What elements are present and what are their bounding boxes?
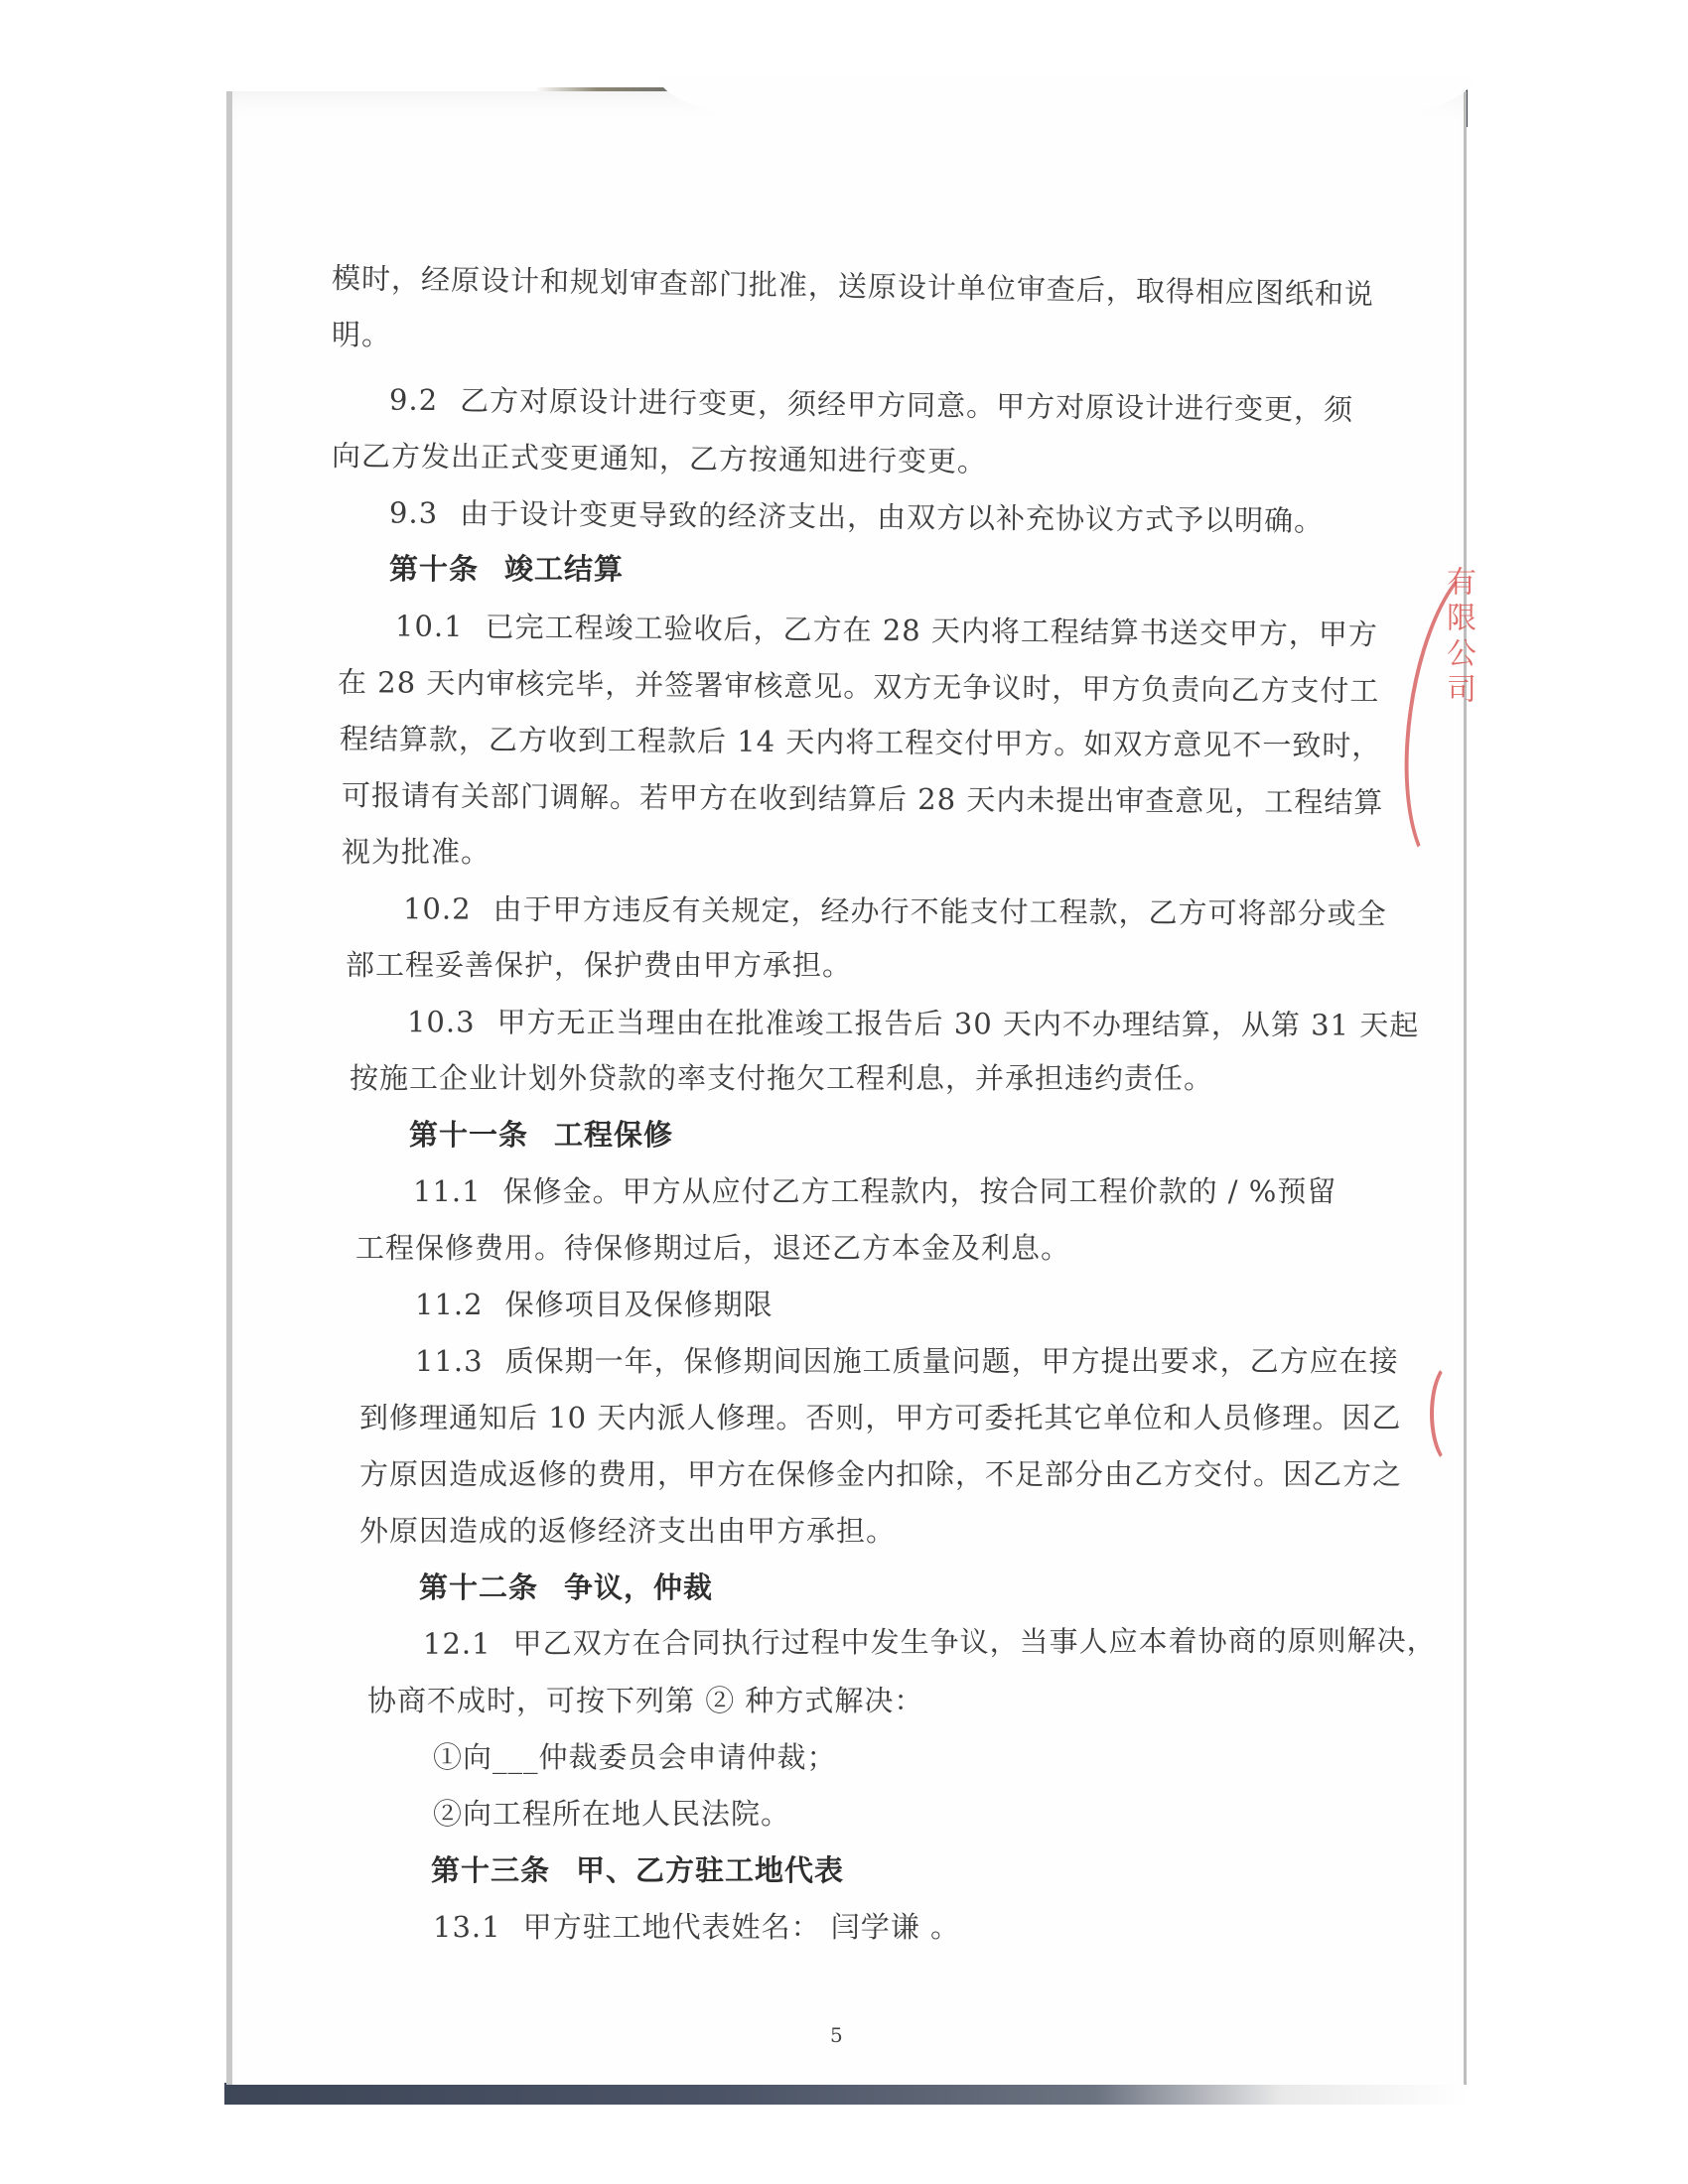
clause-number: 11.1 <box>413 1174 482 1208</box>
article-title: 工程保修 <box>554 1118 673 1152</box>
clause-12-1: 12.1甲乙双方在合同执行过程中发生争议，当事人应本着协商的原则解决， <box>365 1613 1285 1673</box>
article-10-heading: 第十条竣工结算 <box>332 541 1285 598</box>
text-line: 在 28 天内审核完毕，并签署审核意见。双方无争议时，甲方负责向乙方支付工 <box>338 654 1285 719</box>
clause-11-3: 11.3质保期一年，保修期间因施工质量问题，甲方提出要求，乙方应在接 <box>357 1333 1285 1390</box>
clause-number: 9.2 <box>389 383 438 418</box>
article-12-heading: 第十二条争议，仲裁 <box>361 1560 1285 1616</box>
article-title: 甲、乙方驻工地代表 <box>576 1853 844 1887</box>
text-line: 协商不成时，可按下列第 ② 种方式解决： <box>367 1673 1285 1729</box>
article-number: 第十三条 <box>431 1853 550 1887</box>
clause-11-1: 11.1保修金。甲方从应付乙方工程款内，按合同工程价款的 / %预留 <box>355 1163 1285 1220</box>
clause-text: 甲乙双方在合同执行过程中发生争议，当事人应本着协商的原则解决， <box>513 1623 1437 1660</box>
clause-11-2: 11.2保修项目及保修期限 <box>357 1277 1285 1333</box>
page-curl <box>659 77 1474 147</box>
clause-number: 10.3 <box>407 1005 476 1038</box>
clause-number: 13.1 <box>433 1910 501 1944</box>
seal-arc-lower <box>1430 1360 1477 1467</box>
clause-text: 甲方驻工地代表姓名： 闫学谦 。 <box>523 1910 960 1944</box>
clause-9-2: 9.2乙方对原设计进行变更，须经甲方同意。甲方对原设计进行变更，须 <box>332 371 1286 438</box>
text-line: 视为批准。 <box>342 824 1285 881</box>
clause-text: 乙方对原设计进行变更，须经甲方同意。甲方对原设计进行变更，须 <box>460 383 1353 426</box>
clause-text: 由于设计变更导致的经济支出，由双方以补充协议方式予以明确。 <box>460 496 1324 538</box>
dispute-option-1: ①向___仲裁委员会申请仲裁； <box>375 1729 1285 1786</box>
clause-9-3: 9.3由于设计变更导致的经济支出，由双方以补充协议方式予以明确。 <box>332 484 1285 549</box>
page-number: 5 <box>830 2023 843 2047</box>
clause-text: 由于甲方违反有关规定，经办行不能支付工程款，乙方可将部分或全 <box>492 892 1386 931</box>
clause-10-1: 10.1已完工程竣工验收后，乙方在 28 天内将工程结算书送交甲方，甲方 <box>338 598 1285 662</box>
clause-number: 11.2 <box>415 1288 484 1321</box>
clause-text: 保修项目及保修期限 <box>505 1288 774 1321</box>
article-11-heading: 第十一条工程保修 <box>352 1107 1285 1163</box>
text-line: 外原因造成的返修经济支出由甲方承担。 <box>359 1503 1285 1560</box>
clause-13-1: 13.1甲方驻工地代表姓名： 闫学谦 。 <box>375 1899 1285 1956</box>
clause-number: 12.1 <box>423 1627 492 1661</box>
page-content: 模时，经原设计和规划审查部门批准，送原设计单位审查后，取得相应图纸和说 明。 9… <box>332 250 1285 1956</box>
clause-number: 10.1 <box>395 610 464 644</box>
article-number: 第十二条 <box>419 1570 538 1604</box>
text-line: 可报请有关部门调解。若甲方在收到结算后 28 天内未提出审查意见，工程结算 <box>342 767 1285 831</box>
contract-page: 模时，经原设计和规划审查部门批准，送原设计单位审查后，取得相应图纸和说 明。 9… <box>226 91 1467 2085</box>
clause-number: 11.3 <box>415 1344 484 1378</box>
text-line: 部工程妥善保护，保护费由甲方承担。 <box>346 937 1285 994</box>
company-seal-fragment: 有限公司 <box>1420 566 1479 864</box>
text-line: 到修理通知后 10 天内派人修理。否则，甲方可委托其它单位和人员修理。因乙 <box>359 1390 1285 1446</box>
clause-text: 质保期一年，保修期间因施工质量问题，甲方提出要求，乙方应在接 <box>505 1344 1399 1378</box>
clause-text: 已完工程竣工验收后，乙方在 28 天内将工程结算书送交甲方，甲方 <box>485 610 1378 651</box>
clause-text: 甲方无正当理由在批准竣工报告后 30 天内不办理结算，从第 31 天起 <box>497 1006 1420 1042</box>
clause-10-2: 10.2由于甲方违反有关规定，经办行不能支付工程款，乙方可将部分或全 <box>346 881 1285 942</box>
text-line: 程结算款，乙方收到工程款后 14 天内将工程交付甲方。如双方意见不一致时， <box>340 711 1285 774</box>
clause-text: 保修金。甲方从应付乙方工程款内，按合同工程价款的 / %预留 <box>503 1174 1337 1208</box>
text-line: 方原因造成返修的费用，甲方在保修金内扣除，不足部分由乙方交付。因乙方之 <box>359 1446 1285 1503</box>
text-line: 向乙方发出正式变更通知，乙方按通知进行变更。 <box>332 428 1285 492</box>
article-title: 争议，仲裁 <box>564 1570 713 1604</box>
clause-10-3: 10.3甲方无正当理由在批准竣工报告后 30 天内不办理结算，从第 31 天起 <box>350 994 1285 1053</box>
article-title: 竣工结算 <box>504 552 624 586</box>
dispute-option-2: ②向工程所在地人民法院。 <box>375 1786 1285 1843</box>
text-line: 工程保修费用。待保修期过后，退还乙方本金及利息。 <box>355 1220 1285 1277</box>
clause-number: 9.3 <box>389 496 438 530</box>
text-line: 按施工企业计划外贷款的率支付拖欠工程利息，并承担违约责任。 <box>350 1050 1285 1107</box>
clause-number: 10.2 <box>403 891 472 925</box>
article-number: 第十条 <box>389 552 479 586</box>
photo-background-bottom <box>224 2083 1468 2105</box>
article-number: 第十一条 <box>409 1118 528 1152</box>
article-13-heading: 第十三条甲、乙方驻工地代表 <box>373 1843 1285 1899</box>
